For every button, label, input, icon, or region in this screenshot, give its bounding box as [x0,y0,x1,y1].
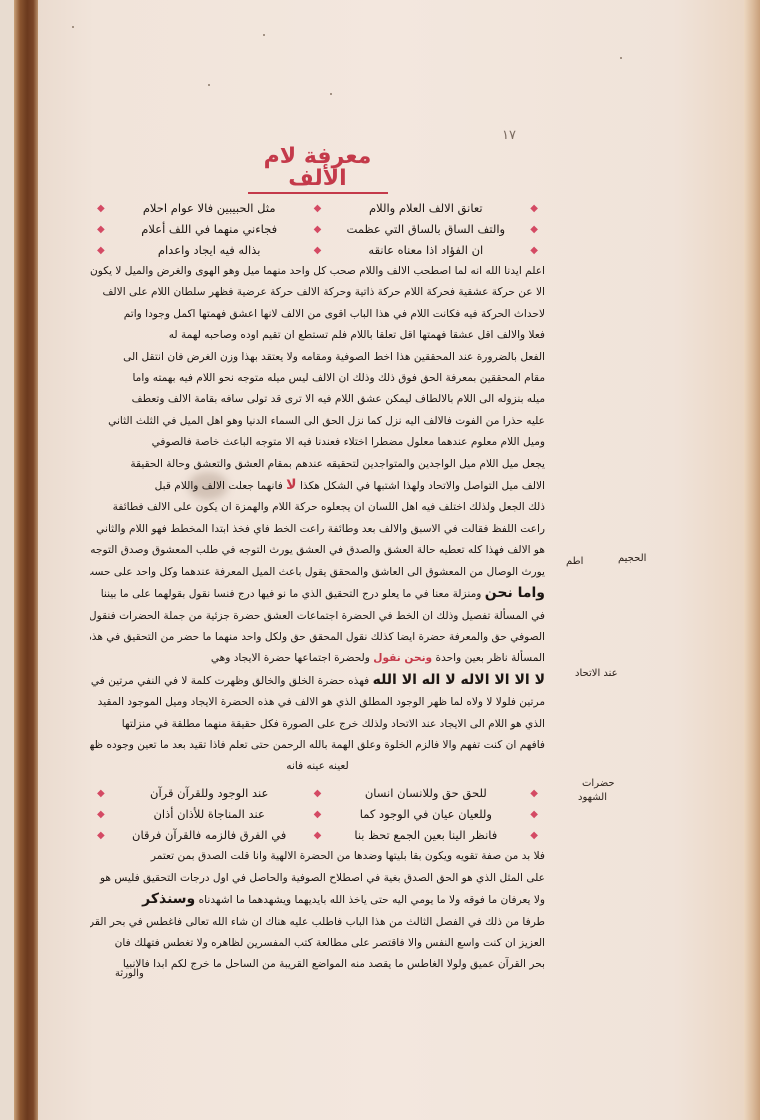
paper-speck [72,26,74,28]
verse-line: ◆ للحق حق وللانسان انسان ◆ عند الوجود ول… [90,783,545,804]
prose-line: مرتين فلولا لا ولاه لما ظهر الوجود المطل… [90,692,545,713]
prose-line: طرفا من ذلك في الفصل الثالث من هذا الباب… [90,912,545,933]
prose-line: العزيز ان كنت واسع النفس والا فاقتصر على… [90,933,545,954]
rubric-dot-icon: ◆ [94,198,108,219]
prose-line: ذلك الجعل ولذلك اختلف فيه اهل اللسان ان … [90,497,545,518]
prose-paragraph-1: اعلم ايدنا الله انه لما اصطحب الالف والل… [90,261,545,497]
catchword: والورثة [115,968,144,979]
prose-text: المسألة ناظر بعين واحدة [436,652,545,664]
verse-hemistich: عند المناجاة للأذان أذان [108,804,311,825]
paper-speck [330,93,332,95]
prose-line: ولا يعرفان ما فوقه ولا ما يومي اليه حتى … [90,889,545,911]
paper-speck [208,84,210,86]
paper-speck [620,57,622,59]
rubric-dot-icon: ◆ [94,219,108,240]
main-text-block: معرفة لام الألف ◆ تعانق الالف العلام وال… [90,140,545,976]
prose-line: عليه حذرا من الفوت فالالف اليه نزل كما ن… [90,411,545,432]
prose-line: بحر القرآن عميق ولولا الغاطس ما يقصد منه… [90,954,545,975]
rubric-dot-icon: ◆ [311,825,325,846]
rubric-emphasis: ونحن نقول [373,652,432,664]
prose-line: الالف ميل التواصل والاتحاد ولهذا اشتبها … [90,475,545,497]
emphasis-heading: واما نحن [485,585,545,601]
centered-line: لعينه عينه فانه [90,756,545,777]
margin-note: الشهود [578,792,607,803]
prose-line: المسألة ناظر بعين واحدة ونحن نقول ولحضرة… [90,648,545,669]
prose-line: يورث الوصال من المعشوق الى العاشق والمحق… [90,562,545,583]
prose-paragraph-3: واما نحن ومنزلة معنا في ما يعلو درج التح… [90,583,545,777]
margin-note: عند الاتحاد [575,668,618,679]
emphasis-heading: وسنذكر [142,891,195,907]
rubric-dot-icon: ◆ [311,198,325,219]
verse-hemistich: مثل الحبيبين فالا عوام احلام [108,198,311,219]
rubric-dot-icon: ◆ [311,219,325,240]
prose-line: يجعل ميل اللام ميل الواجدين والمتواجدين … [90,454,545,475]
verse-hemistich: عند الوجود وللقرآن قرآن [108,783,311,804]
prose-text: ولحضرة اجتماعها حضرة الايجاد وهي [211,652,370,664]
rubric-dot-icon: ◆ [94,804,108,825]
prose-line: الفعل بالضرورة عند المحققين هذا اخط الصو… [90,347,545,368]
verse-hemistich: تعانق الالف العلام واللام [324,198,527,219]
prose-line: في المسألة تفصيل وذلك ان الخط في الحضرة … [90,606,545,627]
page-edge [744,0,760,1120]
verse-hemistich: للحق حق وللانسان انسان [324,783,527,804]
rubric-dot-icon: ◆ [527,240,541,261]
verse-hemistich: في الفرق فالزمه فالقرآن فرقان [108,825,311,846]
prose-line: لاحداث الحركة فيه فكانت اللام في هذا الب… [90,304,545,325]
rubric-dot-icon: ◆ [311,804,325,825]
section-title: معرفة لام الألف [248,146,388,194]
verse-hemistich: ان الفؤاد اذا معناه عانقه [324,240,527,261]
verse-line: ◆ فانظر الينا بعين الجمع تحظ بنا ◆ في ال… [90,825,545,846]
prose-line: الذي هو اللام الى الايجاد عند الاتحاد ول… [90,714,545,735]
prose-paragraph-4: فلا بد من صفة تقويه ويكون بقا بليتها وضد… [90,846,545,975]
verses-bottom: ◆ للحق حق وللانسان انسان ◆ عند الوجود ول… [90,783,545,846]
prose-line: فلا بد من صفة تقويه ويكون بقا بليتها وضد… [90,846,545,867]
verse-line: ◆ ان الفؤاد اذا معناه عانقه ◆ بذاله فيه … [90,240,545,261]
verse-hemistich: والتف الساق بالساق التي عظمت [324,219,527,240]
verse-line: ◆ تعانق الالف العلام واللام ◆ مثل الحبيب… [90,198,545,219]
verse-hemistich: فانظر الينا بعين الجمع تحظ بنا [324,825,527,846]
prose-line: فافهم ان كنت تفهم والا فالزم الخلوة وعلق… [90,735,545,756]
verse-hemistich: بذاله فيه ايجاد واعدام [108,240,311,261]
prose-line: مقام المحققين بمعرفة الحق فوق ذلك وذلك ا… [90,368,545,389]
prose-line: وميل اللام معلوم عندهما معلول مضطرا اختل… [90,432,545,453]
prose-text: ومنزلة معنا في ما يعلو درج التحقيق الذي … [101,588,482,600]
prose-text: فانهما جعلت الالف واللام قبل [155,480,283,492]
rubric-dot-icon: ◆ [311,240,325,261]
margin-note: اطم [566,556,583,567]
tahlil-formula: لا الا الا الاله لا اله الا الله [373,672,545,688]
prose-line: واما نحن ومنزلة معنا في ما يعلو درج التح… [90,583,545,605]
rubric-dot-icon: ◆ [94,783,108,804]
rubric-dot-icon: ◆ [311,783,325,804]
verse-hemistich: وللعيان عيان في الوجود كما [324,804,527,825]
verse-line: ◆ وللعيان عيان في الوجود كما ◆ عند المنا… [90,804,545,825]
paper-speck [263,34,265,36]
prose-line: الصوفي حق والمعرفة حضرة ايضا كذلك نقول ا… [90,627,545,648]
verse-line: ◆ والتف الساق بالساق التي عظمت ◆ فجاءني … [90,219,545,240]
facing-page-edge [0,0,14,1120]
prose-paragraph-2: ذلك الجعل ولذلك اختلف فيه اهل اللسان ان … [90,497,545,583]
verse-hemistich: فجاءني منهما في اللف أعلام [108,219,311,240]
rubric-dot-icon: ◆ [94,240,108,261]
prose-line: الا عن حركة عشقية فحركة اللام حركة ذاتية… [90,282,545,303]
rubric-dot-icon: ◆ [94,825,108,846]
prose-line: اعلم ايدنا الله انه لما اصطحب الالف والل… [90,261,545,282]
prose-line: على المثل الذي هو الحق الصدق بغية في اصط… [90,868,545,889]
prose-text: ولا يعرفان ما فوقه ولا ما يومي اليه حتى … [199,894,545,906]
book-spine [14,0,38,1120]
rubric-dot-icon: ◆ [527,783,541,804]
rubric-dot-icon: ◆ [527,825,541,846]
prose-text: فهذه حضرة الخلق والخالق وظهرت كلمة لا في… [90,675,369,687]
margin-note: حضرات [582,778,615,789]
prose-line: راعت اللفظ فقالت في الاسبق والالف بعد وط… [90,519,545,540]
verses-top: ◆ تعانق الالف العلام واللام ◆ مثل الحبيب… [90,198,545,261]
prose-line: لا الا الا الاله لا اله الا الله فهذه حض… [90,670,545,692]
prose-line: فعلا والالف اقل عشقا فهمتها اقل تعلقا با… [90,325,545,346]
rubric-dot-icon: ◆ [527,804,541,825]
rubric-dot-icon: ◆ [527,219,541,240]
prose-line: هو الالف فهذا كله تعطيه حالة العشق والصد… [90,540,545,561]
rubric-dot-icon: ◆ [527,198,541,219]
margin-note: الحجيم [618,553,646,564]
lam-alif-glyph: لا [286,477,296,493]
prose-line: ميله بنزوله الى اللام بالالطاف ليمكن عشق… [90,389,545,410]
prose-text: الالف ميل التواصل والاتحاد ولهذا اشتبها … [300,480,545,492]
